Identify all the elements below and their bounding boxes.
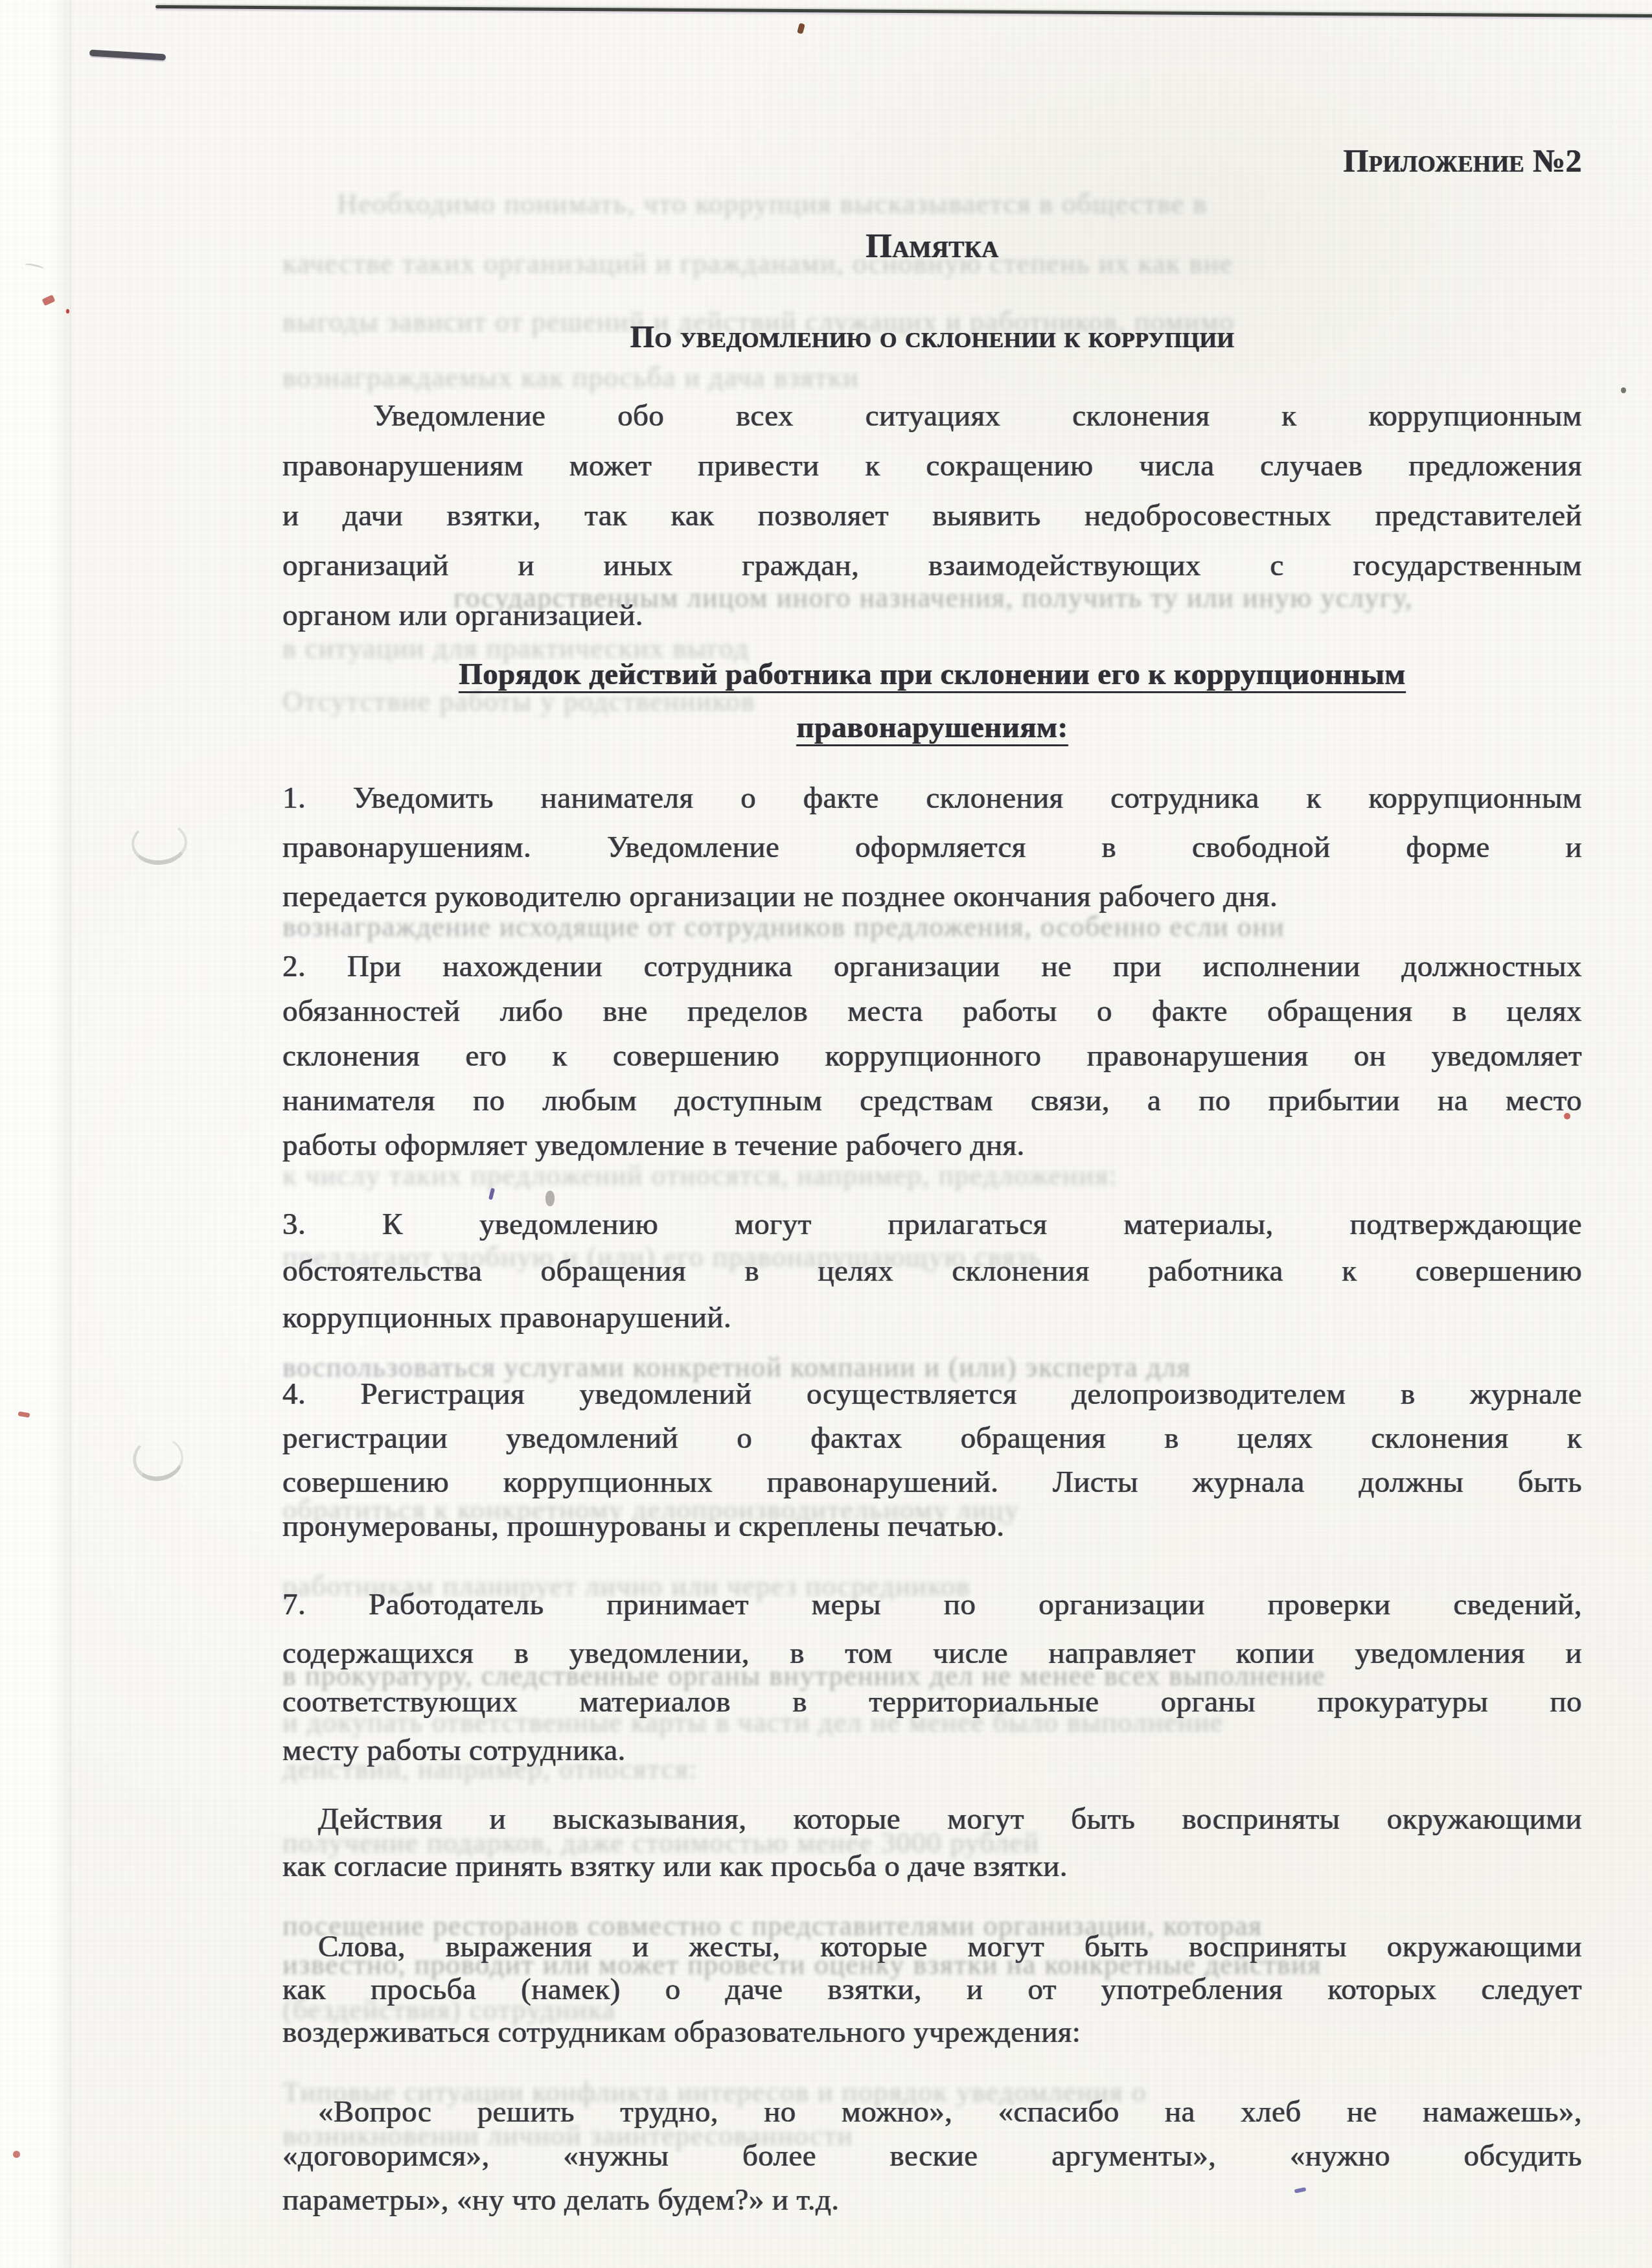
words-paragraph: Слова, выражения и жесты, которые могут … [282, 1925, 1582, 2054]
punch-shadow-top [130, 819, 189, 867]
list-item-1: 1. Уведомить нанимателя о факте склонени… [282, 773, 1582, 921]
pen-mark [89, 49, 166, 60]
list-item-7: 7. Работодатель принимает меры по органи… [282, 1581, 1582, 1775]
appendix-label: Приложение №2 [282, 141, 1582, 180]
punch-shadow-bottom [130, 1433, 187, 1485]
scanner-edge-strip [0, 0, 71, 2268]
intro-paragraph: Уведомление обо всех ситуациях склонения… [282, 391, 1582, 641]
scan-edge-line [155, 5, 1652, 17]
list-item-2: 2. При нахождении сотрудника организации… [282, 945, 1582, 1168]
section-heading: Порядок действий работника при склонении… [282, 648, 1582, 754]
phrases-paragraph: «Вопрос решить трудно, но можно», «спаси… [282, 2090, 1582, 2222]
ink-speck [488, 1188, 495, 1200]
ink-speck [13, 2151, 20, 2158]
doc-title: Памятка [282, 227, 1582, 267]
ink-speck [797, 23, 805, 34]
ink-speck [66, 309, 69, 314]
doc-subtitle: По уведомлению о склонении к коррупции [282, 319, 1582, 356]
list-item-4: 4. Регистрация уведомлений осуществляетс… [282, 1372, 1582, 1548]
list-item-3: 3. К уведомлению могут прилагаться матер… [282, 1201, 1582, 1341]
bleedthrough-line: вознаграждаемых как просьба и дача взятк… [282, 361, 1099, 394]
actions-paragraph: Действия и высказывания, которые могут б… [282, 1796, 1582, 1890]
bleedthrough-line: Необходимо понимать, что коррупция выска… [337, 188, 1568, 220]
scanned-document-page: Необходимо понимать, что коррупция выска… [0, 0, 1652, 2268]
ink-speck [1621, 387, 1626, 393]
